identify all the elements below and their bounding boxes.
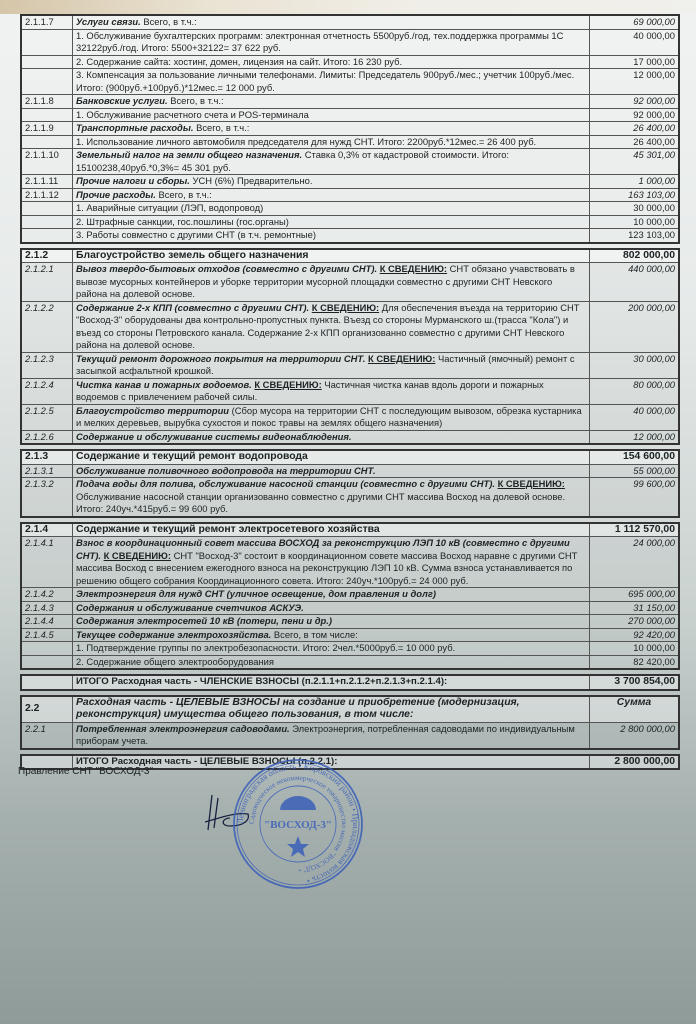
item-title: Банковские услуги. [76, 95, 168, 106]
table-row: 2.1.1.12 Прочие расходы. Всего, в т.ч.: … [21, 188, 679, 202]
item-amount: 12 000,00 [590, 69, 680, 95]
total-members-label: ИТОГО Расходная часть - ЧЛЕНСКИЕ ВЗНОСЫ … [73, 675, 590, 690]
photo-edge-shadow [0, 0, 696, 14]
item-number: 2.1.1.8 [21, 95, 73, 109]
item-number [21, 55, 73, 69]
item-description: Электроэнергия для нужд СНТ (уличное осв… [73, 588, 590, 602]
item-amount: 31 150,00 [590, 601, 680, 615]
item-amount: 17 000,00 [590, 55, 680, 69]
table-row: 1. Обслуживание бухгалтерских программ: … [21, 29, 679, 55]
section-header-row: 2.1.4 Содержание и текущий ремонт электр… [21, 523, 679, 537]
item-amount: 30 000,00 [590, 202, 680, 216]
item-text: УСН (6%) Предварительно. [190, 175, 313, 186]
item-description: Подача воды для полива, обслуживание нас… [73, 478, 590, 517]
item-amount: 92 000,00 [590, 95, 680, 109]
table-row: 2.1.2.2 Содержание 2-х КПП (совместно с … [21, 301, 679, 352]
item-amount: 55 000,00 [590, 464, 680, 478]
table-row: 2.1.2.1 Вывоз твердо-бытовых отходов (со… [21, 263, 679, 302]
item-amount: 30 000,00 [590, 352, 680, 378]
item-amount: 69 000,00 [590, 15, 680, 29]
item-amount: 82 420,00 [590, 655, 680, 669]
item-description: Текущий ремонт дорожного покрытия на тер… [73, 352, 590, 378]
table-row: 2.2.1 Потребленная электроэнергия садово… [21, 722, 679, 749]
table-row: 3. Компенсация за пользование личными те… [21, 69, 679, 95]
item-number: 2.1.2.1 [21, 263, 73, 302]
budget-document: 2.1.1.7 Услуги связи. Всего, в т.ч.: 69 … [20, 14, 680, 774]
table-row: 3. Работы совместно с другими СНТ (в т.ч… [21, 229, 679, 243]
item-title: Прочие налоги и сборы. [76, 175, 190, 186]
item-description: Содержания электросетей 10 кВ (потери, п… [73, 615, 590, 629]
item-amount: 123 103,00 [590, 229, 680, 243]
item-text: 1. Обслуживание расчетного счета и POS-т… [76, 109, 309, 120]
item-number [21, 108, 73, 122]
item-amount: 26 400,00 [590, 135, 680, 149]
item-description: Транспортные расходы. Всего, в т.ч.: [73, 122, 590, 136]
item-number: 2.1.4.4 [21, 615, 73, 629]
table-row: 2.1.4.2 Электроэнергия для нужд СНТ (ули… [21, 588, 679, 602]
item-text: 2. Содержание общего электрооборудования [76, 656, 274, 667]
item-number [21, 229, 73, 243]
item-text: 3. Компенсация за пользование личными те… [76, 69, 574, 93]
item-number [21, 135, 73, 149]
item-amount: 163 103,00 [590, 188, 680, 202]
item-description: Чистка канав и пожарных водоемов. К СВЕД… [73, 378, 590, 404]
table-row: 2.1.2.6 Содержание и обслуживание систем… [21, 430, 679, 444]
table-row: 2. Содержание сайта: хостинг, домен, лиц… [21, 55, 679, 69]
table-row: 2. Штрафные санкции, гос.пошлины (гос.ор… [21, 215, 679, 229]
item-title: Содержание 2-х КПП (совместно с другими … [76, 302, 309, 313]
total-members-amount: 3 700 854,00 [590, 675, 680, 690]
item-amount: 2 800 000,00 [590, 722, 680, 749]
item-title: Чистка канав и пожарных водоемов. [76, 379, 252, 390]
item-number: 2.1.3.1 [21, 464, 73, 478]
item-text: Обслуживание насосной станции организова… [76, 491, 565, 515]
item-title: Услуги связи. [76, 16, 141, 27]
item-amount: 99 600,00 [590, 478, 680, 517]
table-row: 2.1.1.8 Банковские услуги. Всего, в т.ч.… [21, 95, 679, 109]
table-row: 2.1.4.3 Содержания и обслуживание счетчи… [21, 601, 679, 615]
table-row: 2.1.3.1 Обслуживание поливочного водопро… [21, 464, 679, 478]
item-title: Потребленная электроэнергия садоводами. [76, 723, 290, 734]
table-row: 1. Аварийные ситуации (ЛЭП, водопровод) … [21, 202, 679, 216]
section-header-row: 2.1.2 Благоустройство земель общего назн… [21, 249, 679, 263]
svg-text:"ВОСХОД-3": "ВОСХОД-3" [264, 819, 332, 831]
section-2-1-2-table: 2.1.2 Благоустройство земель общего назн… [20, 248, 680, 446]
item-description: 1. Использование личного автомобиля пред… [73, 135, 590, 149]
section-amount: 802 000,00 [590, 249, 680, 263]
note-label: К СВЕДЕНИЮ: [254, 379, 321, 390]
note-label: К СВЕДЕНИЮ: [312, 302, 379, 313]
item-description: Содержание и обслуживание системы видеон… [73, 430, 590, 444]
table-row: 1. Использование личного автомобиля пред… [21, 135, 679, 149]
item-text: 1. Подтверждение группы по электробезопа… [76, 642, 455, 653]
item-amount: 92 000,00 [590, 108, 680, 122]
item-amount: 80 000,00 [590, 378, 680, 404]
table-row: 2.1.2.4 Чистка канав и пожарных водоемов… [21, 378, 679, 404]
section-header-row: 2.2 Расходная часть - ЦЕЛЕВЫЕ ВЗНОСЫ на … [21, 696, 679, 723]
item-number: 2.1.3.2 [21, 478, 73, 517]
item-number: 2.1.1.7 [21, 15, 73, 29]
item-number [21, 29, 73, 55]
item-title: Содержание и обслуживание системы видеон… [76, 431, 352, 442]
item-number: 2.1.2.4 [21, 378, 73, 404]
section-title: Содержание и текущий ремонт водопровода [73, 450, 590, 464]
item-title: Прочие расходы. [76, 189, 156, 200]
section-number: 2.1.4 [21, 523, 73, 537]
item-title: Благоустройство территории [76, 405, 229, 416]
item-description: Вывоз твердо-бытовых отходов (совместно … [73, 263, 590, 302]
item-number: 2.1.4.3 [21, 601, 73, 615]
total-members-table: ИТОГО Расходная часть - ЧЛЕНСКИЕ ВЗНОСЫ … [20, 674, 680, 691]
item-description: Потребленная электроэнергия садоводами. … [73, 722, 590, 749]
item-description: 1. Обслуживание бухгалтерских программ: … [73, 29, 590, 55]
item-title: Электроэнергия для нужд СНТ (уличное осв… [76, 588, 436, 599]
item-description: Взнос в координационный совет массива ВО… [73, 537, 590, 588]
item-description: 3. Компенсация за пользование личными те… [73, 69, 590, 95]
item-title: Транспортные расходы. [76, 122, 193, 133]
item-number [21, 642, 73, 656]
item-amount: 24 000,00 [590, 537, 680, 588]
item-number: 2.1.1.12 [21, 188, 73, 202]
item-number [21, 69, 73, 95]
item-text: 3. Работы совместно с другими СНТ (в т.ч… [76, 229, 316, 240]
item-number: 2.1.1.11 [21, 175, 73, 189]
item-title: Текущий ремонт дорожного покрытия на тер… [76, 353, 365, 364]
section-title: Расходная часть - ЦЕЛЕВЫЕ ВЗНОСЫ на созд… [73, 696, 590, 723]
section-amount: 1 112 570,00 [590, 523, 680, 537]
item-amount: 92 420,00 [590, 628, 680, 642]
item-title: Земельный налог на земли общего назначен… [76, 149, 302, 160]
item-amount: 440 000,00 [590, 263, 680, 302]
section-number: 2.1.3 [21, 450, 73, 464]
item-title: Подача воды для полива, обслуживание нас… [76, 478, 495, 489]
table-row: 2.1.4.4 Содержания электросетей 10 кВ (п… [21, 615, 679, 629]
item-description: 2. Штрафные санкции, гос.пошлины (гос.ор… [73, 215, 590, 229]
item-text: 2. Содержание сайта: хостинг, домен, лиц… [76, 56, 402, 67]
item-number: 2.1.2.2 [21, 301, 73, 352]
item-text: Всего, в т.ч.: [141, 16, 197, 27]
table-row: 2.1.1.11 Прочие налоги и сборы. УСН (6%)… [21, 175, 679, 189]
item-number: 2.1.1.9 [21, 122, 73, 136]
item-description: Услуги связи. Всего, в т.ч.: [73, 15, 590, 29]
table-row: 2.1.3.2 Подача воды для полива, обслужив… [21, 478, 679, 517]
table-row: 2.1.1.7 Услуги связи. Всего, в т.ч.: 69 … [21, 15, 679, 29]
item-number [21, 215, 73, 229]
item-amount: 45 301,00 [590, 149, 680, 175]
item-text: 1. Обслуживание бухгалтерских программ: … [76, 30, 563, 54]
item-number [21, 202, 73, 216]
table-row: 2.1.4.1 Взнос в координационный совет ма… [21, 537, 679, 588]
item-text: 2. Штрафные санкции, гос.пошлины (гос.ор… [76, 216, 289, 227]
item-description: Прочие расходы. Всего, в т.ч.: [73, 188, 590, 202]
table-row: 2.1.2.3 Текущий ремонт дорожного покрыти… [21, 352, 679, 378]
section-number: 2.1.2 [21, 249, 73, 263]
item-text: Всего, в том числе: [271, 629, 358, 640]
section-2-2-table: 2.2 Расходная часть - ЦЕЛЕВЫЕ ВЗНОСЫ на … [20, 695, 680, 750]
section-title: Благоустройство земель общего назначения [73, 249, 590, 263]
section-title: Содержание и текущий ремонт электросетев… [73, 523, 590, 537]
item-amount: 270 000,00 [590, 615, 680, 629]
item-number: 2.2.1 [21, 722, 73, 749]
item-text: Всего, в т.ч.: [156, 189, 212, 200]
item-text: Всего, в т.ч.: [168, 95, 224, 106]
item-title: Вывоз твердо-бытовых отходов (совместно … [76, 263, 377, 274]
item-title: Содержания и обслуживание счетчиков АСКУ… [76, 602, 304, 613]
item-description: Содержания и обслуживание счетчиков АСКУ… [73, 601, 590, 615]
item-number: 2.1.4.5 [21, 628, 73, 642]
item-text: Всего, в т.ч.: [193, 122, 249, 133]
note-label: К СВЕДЕНИЮ: [104, 550, 171, 561]
item-title: Обслуживание поливочного водопровода на … [76, 465, 376, 476]
item-description: 1. Аварийные ситуации (ЛЭП, водопровод) [73, 202, 590, 216]
item-description: Благоустройство территории (Сбор мусора … [73, 404, 590, 430]
total-target-amount: 2 800 000,00 [590, 755, 680, 770]
item-description: 2. Содержание сайта: хостинг, домен, лиц… [73, 55, 590, 69]
item-description: 2. Содержание общего электрооборудования [73, 655, 590, 669]
sum-column-header: Сумма [590, 696, 680, 723]
item-description: Земельный налог на земли общего назначен… [73, 149, 590, 175]
table-row: 2.1.1.9 Транспортные расходы. Всего, в т… [21, 122, 679, 136]
item-number: 2.1.2.5 [21, 404, 73, 430]
item-description: Содержание 2-х КПП (совместно с другими … [73, 301, 590, 352]
note-label: К СВЕДЕНИЮ: [380, 263, 447, 274]
item-description: 1. Подтверждение группы по электробезопа… [73, 642, 590, 656]
item-description: Обслуживание поливочного водопровода на … [73, 464, 590, 478]
item-title: Содержания электросетей 10 кВ (потери, п… [76, 615, 332, 626]
item-description: Прочие налоги и сборы. УСН (6%) Предвари… [73, 175, 590, 189]
item-description: Текущее содержание электрохозяйства. Все… [73, 628, 590, 642]
table-row: 2.1.2.5 Благоустройство территории (Сбор… [21, 404, 679, 430]
section-2-1-3-table: 2.1.3 Содержание и текущий ремонт водопр… [20, 449, 680, 518]
item-description: Банковские услуги. Всего, в т.ч.: [73, 95, 590, 109]
item-amount: 12 000,00 [590, 430, 680, 444]
item-amount: 200 000,00 [590, 301, 680, 352]
note-label: К СВЕДЕНИЮ: [498, 478, 565, 489]
item-number: 2.1.4.1 [21, 537, 73, 588]
item-amount: 1 000,00 [590, 175, 680, 189]
item-number: 2.1.4.2 [21, 588, 73, 602]
section-2-1-4-table: 2.1.4 Содержание и текущий ремонт электр… [20, 522, 680, 671]
signatory-label: Правление СНТ "ВОСХОД-3" [18, 766, 153, 777]
organization-stamp-icon: Ленинградская область • Кировский район … [232, 758, 364, 890]
item-text: 1. Аварийные ситуации (ЛЭП, водопровод) [76, 202, 263, 213]
item-amount: 695 000,00 [590, 588, 680, 602]
section-header-row: 2.1.3 Содержание и текущий ремонт водопр… [21, 450, 679, 464]
item-amount: 40 000,00 [590, 29, 680, 55]
item-description: 1. Обслуживание расчетного счета и POS-т… [73, 108, 590, 122]
table-row: 2.1.1.10 Земельный налог на земли общего… [21, 149, 679, 175]
item-amount: 10 000,00 [590, 642, 680, 656]
note-label: К СВЕДЕНИЮ: [368, 353, 435, 364]
item-number: 2.1.2.3 [21, 352, 73, 378]
item-number: 2.1.1.10 [21, 149, 73, 175]
section-number: 2.2 [21, 696, 73, 723]
item-amount: 26 400,00 [590, 122, 680, 136]
item-number: 2.1.2.6 [21, 430, 73, 444]
item-description: 3. Работы совместно с другими СНТ (в т.ч… [73, 229, 590, 243]
section-amount: 154 600,00 [590, 450, 680, 464]
item-number [21, 655, 73, 669]
table-row: 2. Содержание общего электрооборудования… [21, 655, 679, 669]
item-title: Текущее содержание электрохозяйства. [76, 629, 271, 640]
table-row: 1. Обслуживание расчетного счета и POS-т… [21, 108, 679, 122]
blank-cell [21, 675, 73, 690]
table-row: 1. Подтверждение группы по электробезопа… [21, 642, 679, 656]
item-text: 1. Использование личного автомобиля пред… [76, 136, 536, 147]
section-2-1-1-table: 2.1.1.7 Услуги связи. Всего, в т.ч.: 69 … [20, 14, 680, 244]
item-amount: 40 000,00 [590, 404, 680, 430]
table-row: 2.1.4.5 Текущее содержание электрохозяйс… [21, 628, 679, 642]
item-amount: 10 000,00 [590, 215, 680, 229]
